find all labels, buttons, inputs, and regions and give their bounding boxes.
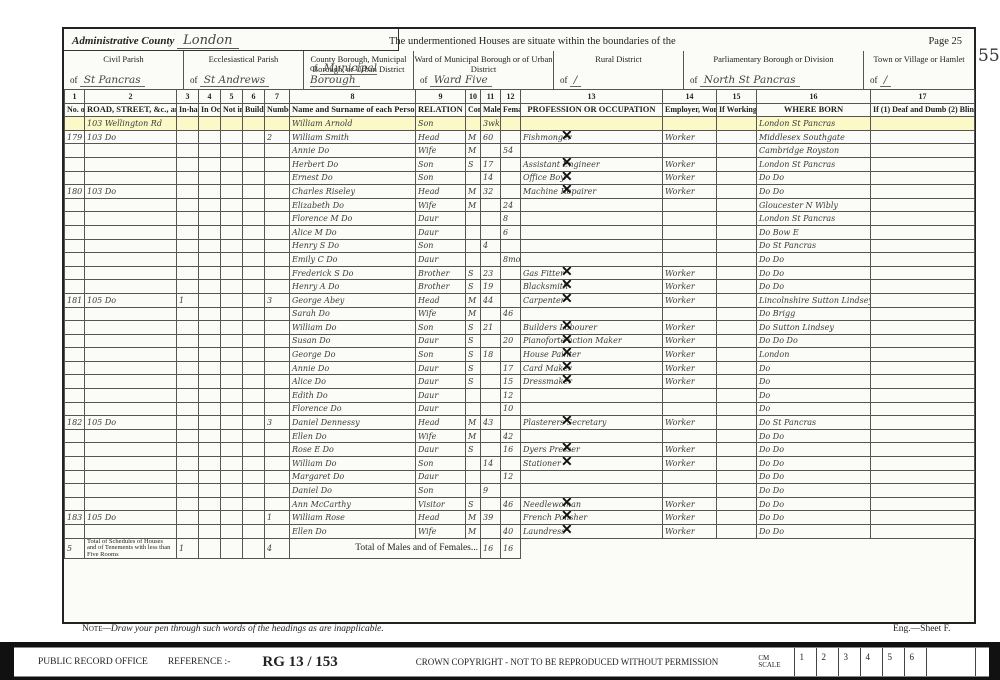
person-row: Annie DoWifeM54Cambridge Royston [65, 144, 975, 158]
cell-relation: Son [416, 321, 466, 335]
cell-relation: Son [416, 484, 466, 498]
cell-born: Do Do [757, 185, 871, 199]
cell-empty [717, 497, 757, 511]
cell-empty [199, 212, 221, 226]
column-number: 2 [85, 90, 177, 104]
cell-schedule [65, 348, 85, 362]
cell-born: Do Bow E [757, 225, 871, 239]
cell-empty [871, 157, 975, 171]
person-row: Alice DoDaurS15DressmakerWorkerDo [65, 375, 975, 389]
area-title: Ecclesiastical Parish [184, 54, 303, 64]
cell-employ: Worker [663, 525, 717, 539]
cell-occupation: Blacksmith [521, 280, 663, 294]
cell-male [481, 497, 501, 511]
cell-employ: Worker [663, 375, 717, 389]
cell-relation: Daur [416, 334, 466, 348]
cell-inhabited [177, 130, 199, 144]
cell-empty [199, 470, 221, 484]
cell-empty [199, 457, 221, 471]
cell-empty [221, 361, 243, 375]
cell-born: Gloucester N Wibly [757, 198, 871, 212]
cell-empty [199, 361, 221, 375]
cell-empty [243, 470, 265, 484]
cell-born: Do [757, 402, 871, 416]
cell-employ [663, 212, 717, 226]
cell-name: Ernest Do [290, 171, 416, 185]
area-value-line: of / [560, 74, 677, 86]
cell-empty [199, 389, 221, 403]
col-employer: Employer, Worker, or Own account [663, 103, 717, 117]
cell-schedule: 183 [65, 511, 85, 525]
cell-schedule [65, 402, 85, 416]
cell-road [85, 525, 177, 539]
sheet-id: Eng.—Sheet F. [893, 624, 951, 634]
area-prefix: of [420, 75, 428, 85]
cell-male: 14 [481, 171, 501, 185]
col-where-born: WHERE BORN [757, 103, 871, 117]
cell-schedule: 181 [65, 293, 85, 307]
cell-condition: M [466, 144, 481, 158]
column-number: 9 [416, 90, 466, 104]
cell-schedule: 179 [65, 130, 85, 144]
cell-schedule [65, 457, 85, 471]
cell-empty [717, 171, 757, 185]
cell-born: Do St Pancras [757, 416, 871, 430]
cell-empty [871, 497, 975, 511]
cell-inhabited [177, 185, 199, 199]
cell-empty [199, 429, 221, 443]
cell-born: Do Do [757, 484, 871, 498]
cell-name: Sarah Do [290, 307, 416, 321]
cell-male [481, 334, 501, 348]
cell-road [85, 225, 177, 239]
cell-rooms [265, 212, 290, 226]
cell-empty [717, 144, 757, 158]
cell-empty [871, 525, 975, 539]
cell-employ: Worker [663, 266, 717, 280]
area-title: Rural District [554, 54, 683, 64]
cell-empty [871, 307, 975, 321]
cell-inhabited [177, 157, 199, 171]
cell-rooms [265, 144, 290, 158]
cell-relation: Daur [416, 225, 466, 239]
person-row: Ellen DoWifeM42Do Do [65, 429, 975, 443]
cell-empty [243, 321, 265, 335]
cell-empty [199, 185, 221, 199]
cell-inhabited [177, 457, 199, 471]
cell-occupation: Builders Labourer [521, 321, 663, 335]
cell-inhabited [177, 171, 199, 185]
cell-occupation: Carpenter [521, 293, 663, 307]
cell-relation: Daur [416, 402, 466, 416]
cell-relation: Head [416, 293, 466, 307]
cell-condition: M [466, 130, 481, 144]
cell-condition [466, 457, 481, 471]
cell-rooms [265, 157, 290, 171]
cell-employ: Worker [663, 293, 717, 307]
cell-condition: M [466, 511, 481, 525]
cell-empty [717, 280, 757, 294]
area-0: Civil Parish of St Pancras [64, 51, 184, 89]
cell-relation: Head [416, 416, 466, 430]
cell-rooms [265, 443, 290, 457]
cell-schedule [65, 307, 85, 321]
cell-name: William Smith [290, 130, 416, 144]
cell-rooms [265, 361, 290, 375]
cell-inhabited [177, 389, 199, 403]
reference-number: RG 13 / 153 [262, 654, 337, 671]
cell-inhabited [177, 225, 199, 239]
cell-empty [717, 402, 757, 416]
cell-empty [243, 443, 265, 457]
col-not-in-occupation: Not in Occupation [221, 103, 243, 117]
cell-born: Do [757, 375, 871, 389]
column-number: 6 [243, 90, 265, 104]
cell-female: 10 [501, 402, 521, 416]
cell-name: Elizabeth Do [290, 198, 416, 212]
cell-inhabited [177, 525, 199, 539]
cell-name: William Do [290, 321, 416, 335]
person-row: Florence M DoDaur8London St Pancras [65, 212, 975, 226]
cell-empty [243, 497, 265, 511]
scale-label-scale: SCALE [758, 661, 780, 669]
cell-condition: M [466, 198, 481, 212]
column-number: 12 [501, 90, 521, 104]
cell-occupation: Laundress [521, 525, 663, 539]
cell-road [85, 457, 177, 471]
cm-scale: 123456 [794, 648, 976, 676]
cell-empty [871, 443, 975, 457]
cell-empty [717, 239, 757, 253]
cell-female: 16 [501, 443, 521, 457]
cell-empty [221, 511, 243, 525]
person-row: Elizabeth DoWifeM24Gloucester N Wibly [65, 198, 975, 212]
cell-road: 105 Do [85, 293, 177, 307]
cell-male [481, 443, 501, 457]
person-row: William DoSonS21Builders LabourerWorkerD… [65, 321, 975, 335]
cell-female [501, 293, 521, 307]
cell-male: 9 [481, 484, 501, 498]
cell-schedule [65, 484, 85, 498]
cell-relation: Son [416, 171, 466, 185]
cell-empty [243, 511, 265, 525]
cell-empty [871, 171, 975, 185]
cell-empty [871, 198, 975, 212]
cell-relation: Son [416, 157, 466, 171]
cell-empty [199, 511, 221, 525]
cell-schedule [65, 443, 85, 457]
cell-female [501, 416, 521, 430]
cell-name: Edith Do [290, 389, 416, 403]
cell-male: 60 [481, 130, 501, 144]
person-row: Rose E DoDaurS16Dyers PresserWorkerDo Do [65, 443, 975, 457]
cell-road [85, 334, 177, 348]
area-prefix: of [70, 75, 78, 85]
cell-female [501, 130, 521, 144]
cell-occupation: Plasterers Secretary [521, 416, 663, 430]
page-label: Page 25 [928, 36, 962, 47]
area-value-line: of North St Pancras [690, 74, 857, 86]
cell-born: London St Pancras [757, 157, 871, 171]
cell-empty [871, 280, 975, 294]
cell-empty [717, 525, 757, 539]
cell-empty [243, 429, 265, 443]
totals-row: 5 Total of Schedules of Houses and of Te… [65, 538, 975, 559]
administrative-county: Administrative County London [64, 29, 399, 51]
cell-rooms [265, 457, 290, 471]
cell-schedule [65, 389, 85, 403]
cell-male [481, 470, 501, 484]
cell-born: Do Do [757, 511, 871, 525]
cell-relation: Daur [416, 212, 466, 226]
cell-schedule [65, 266, 85, 280]
cell-occupation [521, 144, 663, 158]
col-building: Building [243, 103, 265, 117]
cell-occupation: Gas Fitter [521, 266, 663, 280]
total-blank [243, 538, 265, 559]
cell-empty [199, 375, 221, 389]
cell-female: 8mo [501, 253, 521, 267]
cell-schedule [65, 280, 85, 294]
person-row: 182105 Do3Daniel DennessyHeadM43Plastere… [65, 416, 975, 430]
cell-male [481, 402, 501, 416]
person-row: Ernest DoSon14Office BoyWorkerDo Do [65, 171, 975, 185]
cell-employ [663, 225, 717, 239]
cell-born: Do Do [757, 253, 871, 267]
cell-employ: Worker [663, 171, 717, 185]
cell-born: Do Do [757, 429, 871, 443]
cell-condition: S [466, 497, 481, 511]
cell-empty [243, 525, 265, 539]
scale-cell: 3 [838, 648, 860, 676]
cell-inhabited [177, 375, 199, 389]
area-value-line: of / [870, 74, 968, 86]
cell-empty [221, 375, 243, 389]
area-5: Parliamentary Borough or Division of Nor… [684, 51, 864, 89]
cell-empty [871, 144, 975, 158]
cell-female: 17 [501, 361, 521, 375]
cell-empty [221, 198, 243, 212]
col-rooms: Number of Rooms occupied if less than fi… [265, 103, 290, 117]
cell-empty [243, 375, 265, 389]
cell-condition: M [466, 525, 481, 539]
cell-condition: S [466, 361, 481, 375]
total-males: 16 [481, 538, 501, 559]
cell-condition [466, 402, 481, 416]
area-value: / [880, 74, 892, 87]
cell-empty [199, 293, 221, 307]
cell-employ: Worker [663, 497, 717, 511]
scale-cell: 2 [816, 648, 838, 676]
cell-road [85, 253, 177, 267]
cell-empty [199, 497, 221, 511]
cell-empty [871, 253, 975, 267]
cell-empty [243, 212, 265, 226]
cell-inhabited [177, 416, 199, 430]
cell-female [501, 457, 521, 471]
cell-empty [243, 266, 265, 280]
cell-condition: S [466, 375, 481, 389]
cell-road [85, 402, 177, 416]
cell-female: 24 [501, 198, 521, 212]
cell-empty [243, 416, 265, 430]
cell-name: Herbert Do [290, 157, 416, 171]
cell-condition: M [466, 429, 481, 443]
cell-male: 18 [481, 348, 501, 362]
total-rooms: 4 [265, 538, 290, 559]
cell-male [481, 429, 501, 443]
cell-employ: Worker [663, 280, 717, 294]
cell-rooms [265, 484, 290, 498]
column-number: 14 [663, 90, 717, 104]
cell-relation: Head [416, 130, 466, 144]
cell-occupation: Dyers Presser [521, 443, 663, 457]
cell-road: 103 Do [85, 185, 177, 199]
cell-inhabited [177, 253, 199, 267]
cell-empty [221, 484, 243, 498]
cell-name: Florence Do [290, 402, 416, 416]
cell-male [481, 375, 501, 389]
cell-employ: Worker [663, 416, 717, 430]
cell-name: Margaret Do [290, 470, 416, 484]
cell-schedule [65, 144, 85, 158]
cell-inhabited [177, 280, 199, 294]
person-row: 181105 Do13George AbeyHeadM44CarpenterWo… [65, 293, 975, 307]
column-number: 10 [466, 90, 481, 104]
cell-born: Do Sutton Lindsey [757, 321, 871, 335]
cell-empty [199, 253, 221, 267]
cell-female: 8 [501, 212, 521, 226]
cell-born: Do [757, 361, 871, 375]
area-value: St Pancras [80, 74, 145, 87]
cell-empty [717, 266, 757, 280]
person-row: Annie DoDaurS17Card MakerWorkerDo [65, 361, 975, 375]
cell-rooms [265, 375, 290, 389]
cell-male [481, 212, 501, 226]
cell-employ [663, 389, 717, 403]
cell-male [481, 225, 501, 239]
cell-schedule [65, 225, 85, 239]
cell-condition [466, 470, 481, 484]
cell-occupation [521, 225, 663, 239]
cell-empty [871, 212, 975, 226]
cell-born: London [757, 348, 871, 362]
cell-female: 15 [501, 375, 521, 389]
cell-rooms [265, 185, 290, 199]
cell-road [85, 429, 177, 443]
cell-male [481, 198, 501, 212]
cell-inhabited [177, 443, 199, 457]
scale-cell-blank [926, 648, 976, 676]
cell-schedule [65, 375, 85, 389]
cell-born: Do Do Do [757, 334, 871, 348]
cell-male: 32 [481, 185, 501, 199]
cell-female: 12 [501, 470, 521, 484]
cell-condition [466, 389, 481, 403]
cell-empty [717, 389, 757, 403]
cell-empty [871, 484, 975, 498]
cell-empty [221, 225, 243, 239]
cell-relation: Son [416, 457, 466, 471]
cell-inhabited [177, 484, 199, 498]
cell-name: Daniel Do [290, 484, 416, 498]
cell-occupation [521, 198, 663, 212]
cell-condition: S [466, 280, 481, 294]
cell-inhabited [177, 239, 199, 253]
person-row: Florence DoDaur10Do [65, 402, 975, 416]
cell-road [85, 484, 177, 498]
cell-employ: Worker [663, 321, 717, 335]
area-prefix: of [560, 75, 568, 85]
cell-relation: Wife [416, 198, 466, 212]
cell-relation: Wife [416, 144, 466, 158]
cell-empty [199, 144, 221, 158]
cell-female [501, 185, 521, 199]
cell-relation: Wife [416, 429, 466, 443]
area-value: Municipal Borough [310, 62, 377, 87]
cell-empty [243, 239, 265, 253]
cell-schedule [65, 525, 85, 539]
cell-condition: S [466, 348, 481, 362]
cell-empty [871, 375, 975, 389]
cell-road: 105 Do [85, 511, 177, 525]
cell-road [85, 497, 177, 511]
cell-rooms: 1 [265, 511, 290, 525]
cell-rooms [265, 389, 290, 403]
cell-relation: Son [416, 239, 466, 253]
cell-empty [717, 457, 757, 471]
cell-male: 14 [481, 457, 501, 471]
cell-empty [221, 457, 243, 471]
cell-empty [717, 511, 757, 525]
person-row: 183105 Do1William RoseHeadM39French Poli… [65, 511, 975, 525]
cell-employ [663, 429, 717, 443]
cell-empty [199, 198, 221, 212]
cell-condition: M [466, 293, 481, 307]
cell-empty [717, 416, 757, 430]
column-number: 7 [265, 90, 290, 104]
cell-empty [243, 293, 265, 307]
cell-road: 103 Wellington Rd [85, 117, 177, 131]
cell-name: Annie Do [290, 361, 416, 375]
cm-scale-label: CMSCALE [758, 655, 780, 669]
cell-road: 103 Do [85, 130, 177, 144]
cell-name: Henry S Do [290, 239, 416, 253]
cell-relation: Son [416, 117, 466, 131]
cell-employ [663, 253, 717, 267]
cell-female: 20 [501, 334, 521, 348]
cell-occupation: French Polisher [521, 511, 663, 525]
cell-road [85, 280, 177, 294]
person-row: Henry S DoSon4Do St Pancras [65, 239, 975, 253]
column-number: 17 [871, 90, 975, 104]
cell-empty [871, 457, 975, 471]
scale-cell: 1 [794, 648, 816, 676]
cell-employ: Worker [663, 457, 717, 471]
cell-empty [717, 253, 757, 267]
cell-schedule [65, 171, 85, 185]
cell-inhabited [177, 429, 199, 443]
cell-occupation [521, 239, 663, 253]
cell-condition [466, 239, 481, 253]
person-row: Ellen DoWifeM40LaundressWorkerDo Do [65, 525, 975, 539]
cell-condition: S [466, 321, 481, 335]
cell-empty [717, 348, 757, 362]
cell-inhabited [177, 117, 199, 131]
cell-relation: Daur [416, 253, 466, 267]
cell-road [85, 443, 177, 457]
cell-empty [221, 497, 243, 511]
